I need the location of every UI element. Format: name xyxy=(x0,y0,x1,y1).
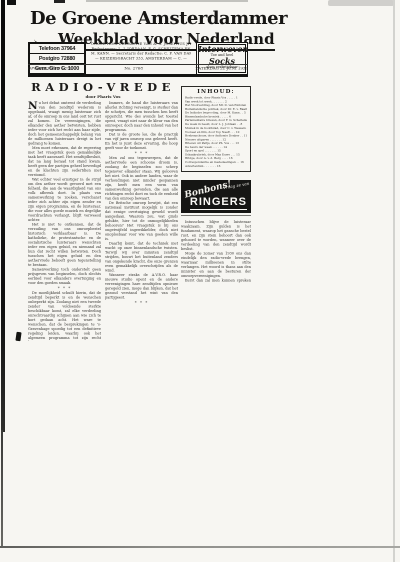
scan-top-smudge xyxy=(86,0,248,2)
paragraph: Immers, de band die luisteraars van alle… xyxy=(105,101,178,133)
telephone-number: Telefoon 37964 xyxy=(30,44,84,53)
contents-list: Radio-vrede, door Pharis Vos . . . . . 1… xyxy=(185,96,247,168)
ad-bottom-rule xyxy=(181,215,251,216)
header-thick-rule xyxy=(28,74,248,77)
drop-cap: N xyxy=(28,101,39,110)
paragraph: De Britsche omroep bewijst, dat een nati… xyxy=(105,201,178,242)
paragraph: De moeilijkheid schuilt hierin, dat de z… xyxy=(28,291,101,341)
issue-date: ZATERDAG 21 JUNI 1930 xyxy=(196,66,248,71)
article-title: RADIO-VREDE xyxy=(28,80,178,94)
lead-paragraph: Nu het debat omtrent de verdeeling van d… xyxy=(28,101,101,146)
paragraph: Wanneer straks de A.V.R.O. haar nieuwe s… xyxy=(105,273,178,300)
ad-brand-ringers: RINGERS xyxy=(190,196,247,210)
editorial-credits: ONDER HOOFDREDACTIE VAN A. G. JOSEPHUS J… xyxy=(91,42,191,64)
paragraph: Het is niet te ontkennen, dat de verzuil… xyxy=(28,223,101,268)
paragraph: Daarbij komt, dat de techniek niet wacht… xyxy=(105,242,178,274)
paragraph-group: De moeilijkheid schuilt hierin, dat de z… xyxy=(28,291,101,341)
article-column-3: Intusschen blijve de luisteraar waakzaam… xyxy=(181,220,251,283)
founded-label: OPGERICHT IN 1877 xyxy=(28,66,72,71)
scan-top-ink-mark xyxy=(54,0,65,3)
paragraph-group: Men moet erkennen, dat de regeering met … xyxy=(28,146,101,286)
scan-bottom-edge-line xyxy=(0,546,400,548)
masthead-title: De Groene Amsterdammer xyxy=(30,8,248,29)
postgiro-number: Postgiro 72880 xyxy=(30,53,84,63)
paragraph: Samenwerking toch onderstelt geen prijsg… xyxy=(28,268,101,286)
paragraph: Men moet erkennen, dat de regeering met … xyxy=(28,146,101,178)
paragraph: Intusschen blijve de luisteraar waakzaam… xyxy=(181,220,251,252)
contents-box: INHOUD: Radio-vrede, door Pharis Vos . .… xyxy=(181,86,251,172)
section-separator: * * * xyxy=(105,300,178,305)
right-rail: INHOUD: Radio-vrede, door Pharis Vos . .… xyxy=(181,86,251,283)
paragraph: Dat is de groote les, die de practijk va… xyxy=(105,133,178,151)
ringers-bonbons-ad: Bonbons! Vraag ze van RINGERS xyxy=(181,180,251,213)
issue-info-row: OPGERICHT IN 1877 No. 2768 ZATERDAG 21 J… xyxy=(28,66,248,74)
contents-item: Advertentiën . . . . . . . 16 xyxy=(185,164,247,168)
paragraph: Eerst dan zal men kunnen spreken van een… xyxy=(181,279,251,284)
header-thin-rule xyxy=(28,64,248,65)
scan-ink-blot xyxy=(15,332,21,342)
scan-top-right-smudge xyxy=(328,0,394,6)
article-byline: door Pharis Vos xyxy=(28,94,178,100)
paragraph-group: Intusschen blijve de luisteraar waakzaam… xyxy=(181,220,251,283)
contents-title: INHOUD: xyxy=(185,89,247,95)
issue-number: No. 2768 xyxy=(124,66,143,71)
paragraph: Moge de zomer van 1930 ons dan eindelijk… xyxy=(181,252,251,279)
scan-left-edge-bar xyxy=(1,0,5,432)
paragraph: Men zal ons tegenwerpen, dat de aethervr… xyxy=(105,156,178,201)
paragraph-group: Immers, de band die luisteraars van alle… xyxy=(105,101,178,151)
scan-left-edge-bar-tail xyxy=(1,430,3,548)
scan-top-ink-mark xyxy=(7,0,16,5)
article-header: RADIO-VREDE door Pharis Vos xyxy=(28,80,178,101)
article-column-2: Immers, de band die luisteraars van alle… xyxy=(105,101,178,305)
article-column-1: Nu het debat omtrent de verdeeling van d… xyxy=(28,101,101,341)
paragraph-group: Men zal ons tegenwerpen, dat de aethervr… xyxy=(105,156,178,300)
scan-page-edge-line xyxy=(393,0,395,562)
paragraph: Wat echter veel ernstiger is: de strijd … xyxy=(28,178,101,223)
address-line: — KEIZERSGRACHT 333, AMSTERDAM — C. — xyxy=(91,56,191,61)
ad-brand-interwoven: Interwoven xyxy=(198,45,246,53)
